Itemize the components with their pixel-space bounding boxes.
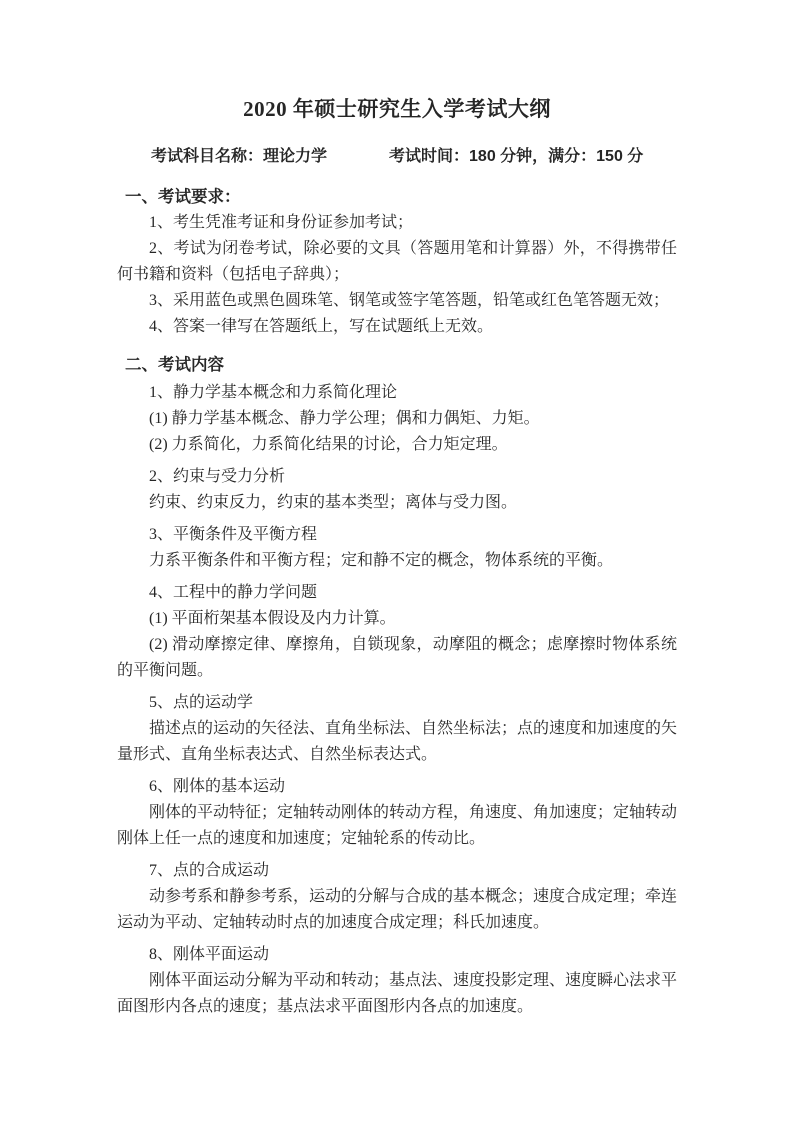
topic-heading: 1、静力学基本概念和力系简化理论	[117, 380, 677, 406]
document-title: 2020 年硕士研究生入学考试大纲	[117, 94, 677, 124]
document-page: 2020 年硕士研究生入学考试大纲 考试科目名称：理论力学 考试时间：180 分…	[0, 0, 793, 1121]
topic-heading: 6、刚体的基本运动	[117, 774, 677, 800]
requirement-item: 2、考试为闭卷考试，除必要的文具（答题用笔和计算器）外，不得携带任何书籍和资料（…	[117, 236, 677, 288]
topic-heading: 7、点的合成运动	[117, 858, 677, 884]
topic-paragraph: (1) 静力学基本概念、静力学公理；偶和力偶矩、力矩。	[117, 406, 677, 432]
topic-paragraph: (1) 平面桁架基本假设及内力计算。	[117, 606, 677, 632]
topic-paragraph: (2) 滑动摩擦定律、摩擦角，自锁现象，动摩阻的概念；虑摩擦时物体系统的平衡问题…	[117, 632, 677, 684]
topic-engineering-statics: 4、工程中的静力学问题 (1) 平面桁架基本假设及内力计算。 (2) 滑动摩擦定…	[117, 580, 677, 684]
topic-heading: 4、工程中的静力学问题	[117, 580, 677, 606]
topic-rigid-body-basic-motion: 6、刚体的基本运动 刚体的平动特征；定轴转动刚体的转动方程，角速度、角加速度；定…	[117, 774, 677, 852]
exam-time-and-score: 考试时间：180 分钟，满分：150 分	[389, 144, 643, 170]
topic-point-kinematics: 5、点的运动学 描述点的运动的矢径法、直角坐标法、自然坐标法；点的速度和加速度的…	[117, 690, 677, 768]
topic-paragraph: 刚体平面运动分解为平动和转动；基点法、速度投影定理、速度瞬心法求平面图形内各点的…	[117, 968, 677, 1020]
section-heading-contents: 二、考试内容	[117, 352, 677, 378]
topic-statics-concepts: 1、静力学基本概念和力系简化理论 (1) 静力学基本概念、静力学公理；偶和力偶矩…	[117, 380, 677, 458]
requirement-item: 1、考生凭准考证和身份证参加考试；	[117, 210, 677, 236]
requirement-item: 3、采用蓝色或黑色圆珠笔、钢笔或签字笔答题，铅笔或红色笔答题无效；	[117, 288, 677, 314]
topic-heading: 5、点的运动学	[117, 690, 677, 716]
requirements-list: 1、考生凭准考证和身份证参加考试； 2、考试为闭卷考试，除必要的文具（答题用笔和…	[117, 210, 677, 340]
topic-paragraph: 描述点的运动的矢径法、直角坐标法、自然坐标法；点的速度和加速度的矢量形式、直角坐…	[117, 716, 677, 768]
requirement-item: 4、答案一律写在答题纸上，写在试题纸上无效。	[117, 314, 677, 340]
topic-paragraph: 刚体的平动特征；定轴转动刚体的转动方程，角速度、角加速度；定轴转动刚体上任一点的…	[117, 800, 677, 852]
topic-heading: 2、约束与受力分析	[117, 464, 677, 490]
topic-constraints-analysis: 2、约束与受力分析 约束、约束反力，约束的基本类型；离体与受力图。	[117, 464, 677, 516]
exam-meta-row: 考试科目名称：理论力学 考试时间：180 分钟，满分：150 分	[117, 144, 677, 170]
topic-planar-motion: 8、刚体平面运动 刚体平面运动分解为平动和转动；基点法、速度投影定理、速度瞬心法…	[117, 942, 677, 1020]
topic-paragraph: 约束、约束反力，约束的基本类型；离体与受力图。	[117, 490, 677, 516]
topic-heading: 8、刚体平面运动	[117, 942, 677, 968]
topic-equilibrium-equations: 3、平衡条件及平衡方程 力系平衡条件和平衡方程；定和静不定的概念，物体系统的平衡…	[117, 522, 677, 574]
topic-paragraph: 动参考系和静参考系，运动的分解与合成的基本概念；速度合成定理；牵连运动为平动、定…	[117, 884, 677, 936]
topic-paragraph: 力系平衡条件和平衡方程；定和静不定的概念，物体系统的平衡。	[117, 548, 677, 574]
section-heading-requirements: 一、考试要求：	[117, 184, 677, 210]
exam-subject-name: 考试科目名称：理论力学	[117, 144, 327, 170]
topic-heading: 3、平衡条件及平衡方程	[117, 522, 677, 548]
topic-paragraph: (2) 力系简化，力系简化结果的讨论，合力矩定理。	[117, 432, 677, 458]
topic-composite-motion: 7、点的合成运动 动参考系和静参考系，运动的分解与合成的基本概念；速度合成定理；…	[117, 858, 677, 936]
contents-topic-list: 1、静力学基本概念和力系简化理论 (1) 静力学基本概念、静力学公理；偶和力偶矩…	[117, 380, 677, 1020]
